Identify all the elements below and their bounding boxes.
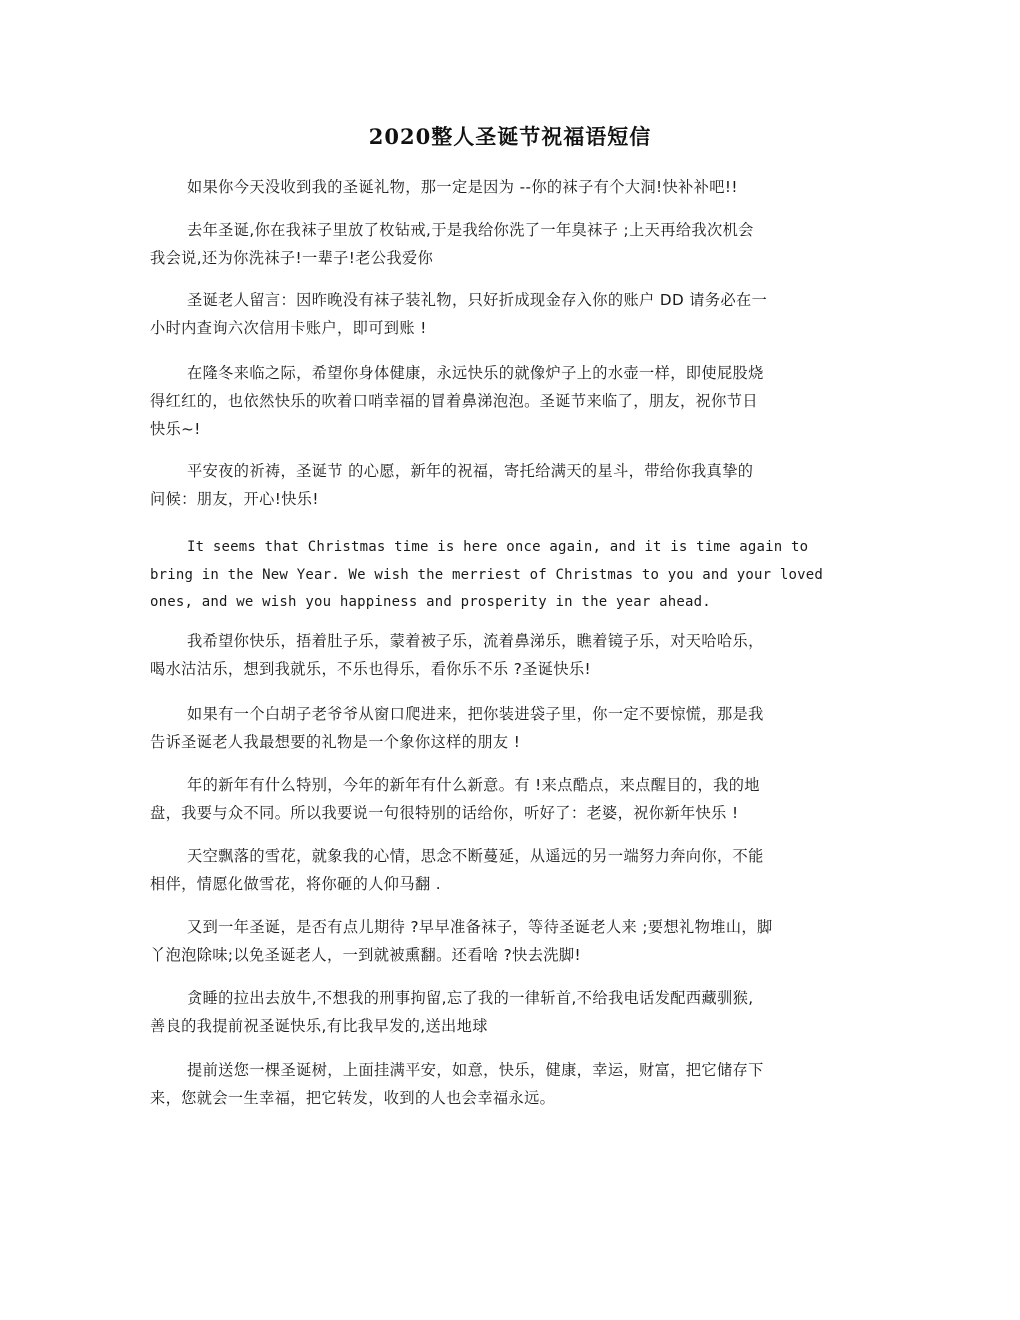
document-title: 2020整人圣诞节祝福语短信 — [0, 122, 1020, 152]
paragraph-line: 去年圣诞,你在我袜子里放了枚钻戒,于是我给你洗了一年臭袜子 ;上天再给我次机会 — [187, 220, 754, 240]
paragraph-line: 天空飘落的雪花，就象我的心情，思念不断蔓延，从遥远的另一端努力奔向你，不能 — [187, 846, 764, 866]
paragraph-line: 喝水沽沽乐，想到我就乐，不乐也得乐，看你乐不乐 ?圣诞快乐! — [150, 659, 591, 679]
paragraph-line: 提前送您一棵圣诞树，上面挂满平安，如意，快乐，健康，幸运，财富，把它储存下 — [187, 1060, 764, 1080]
paragraph-line: 我希望你快乐，捂着肚子乐，蒙着被子乐，流着鼻涕乐，瞧着镜子乐，对天哈哈乐， — [187, 631, 764, 651]
paragraph-line: 又到一年圣诞，是否有点儿期待 ?早早准备袜子，等待圣诞老人来 ;要想礼物堆山，脚 — [187, 917, 773, 937]
paragraph-line: 得红红的，也依然快乐的吹着口哨幸福的冒着鼻涕泡泡。圣诞节来临了，朋友，祝你节日 — [150, 391, 758, 411]
paragraph-line: 年的新年有什么特别，今年的新年有什么新意。有 !来点酷点，来点醒目的，我的地 — [187, 775, 760, 795]
paragraph-line: 快乐~! — [150, 419, 201, 439]
paragraph-line: It seems that Christmas time is here onc… — [187, 537, 808, 557]
paragraph-line: 我会说,还为你洗袜子!一辈子!老公我爱你 — [150, 248, 433, 268]
paragraph-line: ones, and we wish you happiness and pros… — [150, 592, 711, 612]
paragraph-line: 如果有一个白胡子老爷爷从窗口爬进来，把你装进袋子里，你一定不要惊慌，那是我 — [187, 704, 764, 724]
paragraph-line: 问候：朋友，开心!快乐! — [150, 489, 319, 509]
document-page: 2020整人圣诞节祝福语短信 如果你今天没收到我的圣诞礼物，那一定是因为 --你… — [0, 0, 1020, 1320]
paragraph-line: 来，您就会一生幸福，把它转发，收到的人也会幸福永远。 — [150, 1088, 555, 1108]
paragraph-line: bring in the New Year. We wish the merri… — [150, 565, 823, 585]
paragraph-line: 在隆冬来临之际，希望你身体健康，永远快乐的就像炉子上的水壶一样，即使屁股烧 — [187, 363, 764, 383]
paragraph-line: 盘，我要与众不同。所以我要说一句很特别的话给你，听好了：老婆，祝你新年快乐 ! — [150, 803, 738, 823]
paragraph-line: 圣诞老人留言：因昨晚没有袜子装礼物，只好折成现金存入你的账户 DD 请务必在一 — [187, 290, 767, 310]
paragraph-line: 贪睡的拉出去放牛,不想我的刑事拘留,忘了我的一律斩首,不给我电话发配西藏驯猴, — [187, 988, 753, 1008]
paragraph-line: 丫泡泡除味;以免圣诞老人，一到就被熏翻。还看啥 ?快去洗脚! — [150, 945, 581, 965]
paragraph-line: 善良的我提前祝圣诞快乐,有比我早发的,送出地球 — [150, 1016, 488, 1036]
paragraph-line: 相伴，情愿化做雪花，将你砸的人仰马翻 . — [150, 874, 441, 894]
paragraph-line: 告诉圣诞老人我最想要的礼物是一个象你这样的朋友 ! — [150, 732, 520, 752]
paragraph-line: 如果你今天没收到我的圣诞礼物，那一定是因为 --你的袜子有个大洞!快补补吧!! — [187, 177, 738, 197]
paragraph-line: 小时内查询六次信用卡账户，即可到账 ! — [150, 318, 427, 338]
paragraph-line: 平安夜的祈祷，圣诞节 的心愿，新年的祝福，寄托给满天的星斗，带给你我真挚的 — [187, 461, 753, 481]
